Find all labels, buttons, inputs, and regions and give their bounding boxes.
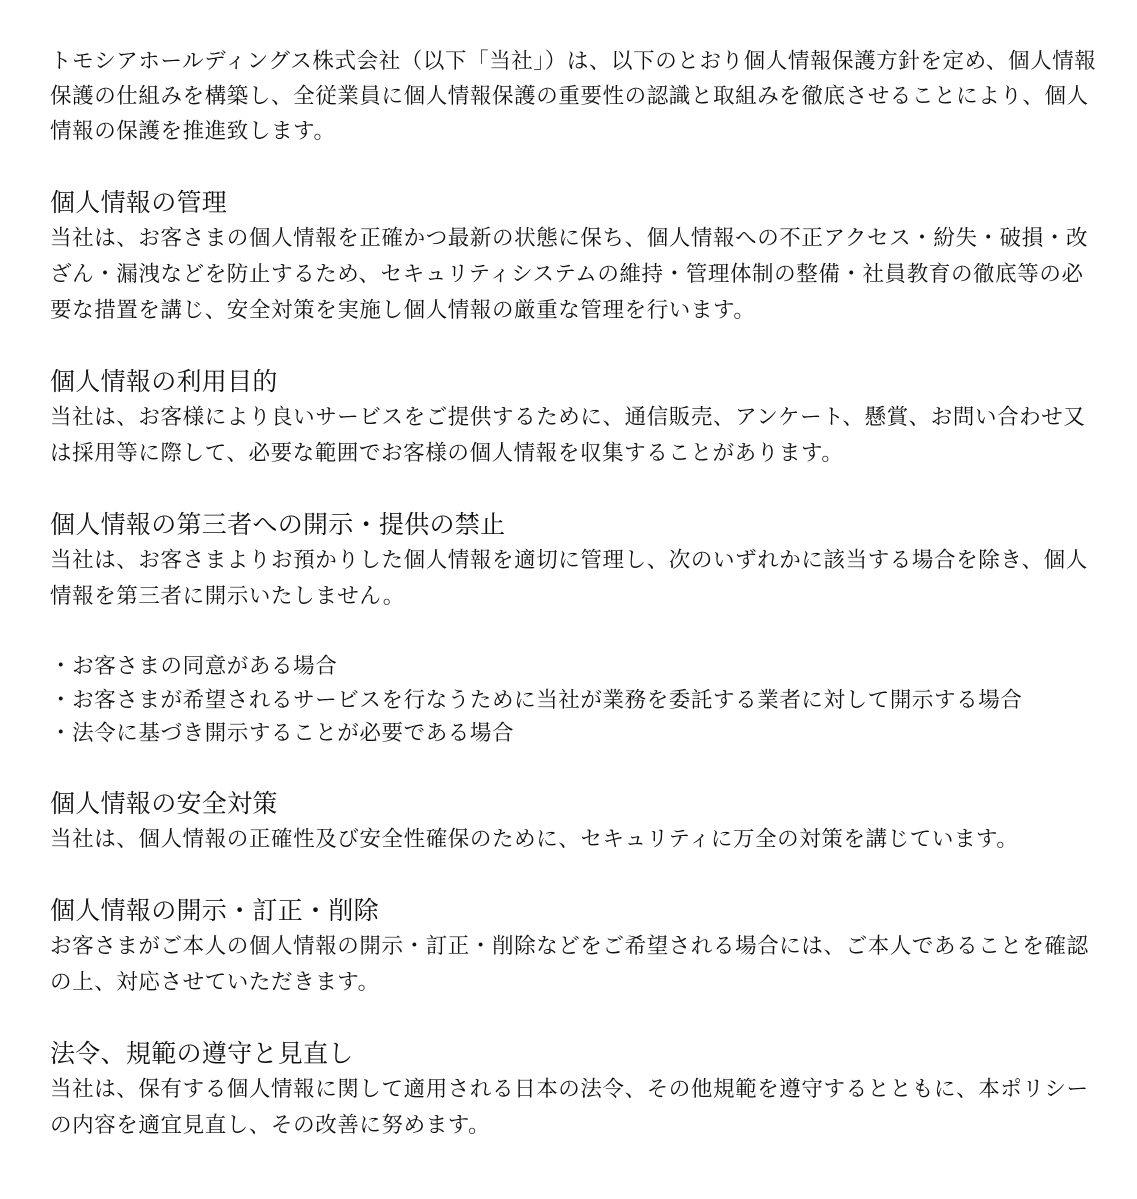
- section-disclosure-correction-deletion: 個人情報の開示・訂正・削除 お客さまがご本人の個人情報の開示・訂正・削除などをご…: [50, 893, 1097, 1001]
- section-heading: 個人情報の安全対策: [50, 786, 1097, 822]
- section-third-party-disclosure: 個人情報の第三者への開示・提供の禁止 当社は、お客さまよりお預かりした個人情報を…: [50, 507, 1097, 751]
- section-heading: 個人情報の管理: [50, 185, 1097, 221]
- section-heading: 法令、規範の遵守と見直し: [50, 1036, 1097, 1072]
- privacy-policy-page: トモシアホールディングス株式会社（以下「当社」）は、以下のとおり個人情報保護方針…: [0, 0, 1137, 1144]
- section-body: 当社は、お客様により良いサービスをご提供するために、通信販売、アンケート、懸賞、…: [50, 400, 1097, 472]
- section-body: 当社は、お客さまの個人情報を正確かつ最新の状態に保ち、個人情報への不正アクセス・…: [50, 221, 1097, 329]
- section-security-measures: 個人情報の安全対策 当社は、個人情報の正確性及び安全性確保のために、セキュリティ…: [50, 786, 1097, 858]
- section-heading: 個人情報の利用目的: [50, 364, 1097, 400]
- intro-paragraph: トモシアホールディングス株式会社（以下「当社」）は、以下のとおり個人情報保護方針…: [50, 44, 1097, 149]
- section-purpose-of-use: 個人情報の利用目的 当社は、お客様により良いサービスをご提供するために、通信販売…: [50, 364, 1097, 472]
- section-body: 当社は、個人情報の正確性及び安全性確保のために、セキュリティに万全の対策を講じて…: [50, 822, 1097, 858]
- section-legal-compliance: 法令、規範の遵守と見直し 当社は、保有する個人情報に関して適用される日本の法令、…: [50, 1036, 1097, 1144]
- section-heading: 個人情報の第三者への開示・提供の禁止: [50, 507, 1097, 543]
- section-body: 当社は、お客さまよりお預かりした個人情報を適切に管理し、次のいずれかに該当する場…: [50, 543, 1097, 615]
- list-item: 法令に基づき開示することが必要である場合: [50, 717, 1097, 751]
- section-management: 個人情報の管理 当社は、お客さまの個人情報を正確かつ最新の状態に保ち、個人情報へ…: [50, 185, 1097, 329]
- list-item: お客さまの同意がある場合: [50, 650, 1097, 684]
- section-body: 当社は、保有する個人情報に関して適用される日本の法令、その他規範を遵守するととも…: [50, 1072, 1097, 1144]
- exception-list: お客さまの同意がある場合 お客さまが希望されるサービスを行なうために当社が業務を…: [50, 650, 1097, 751]
- list-item: お客さまが希望されるサービスを行なうために当社が業務を委託する業者に対して開示す…: [50, 684, 1097, 718]
- section-body: お客さまがご本人の個人情報の開示・訂正・削除などをご希望される場合には、ご本人で…: [50, 929, 1097, 1001]
- section-heading: 個人情報の開示・訂正・削除: [50, 893, 1097, 929]
